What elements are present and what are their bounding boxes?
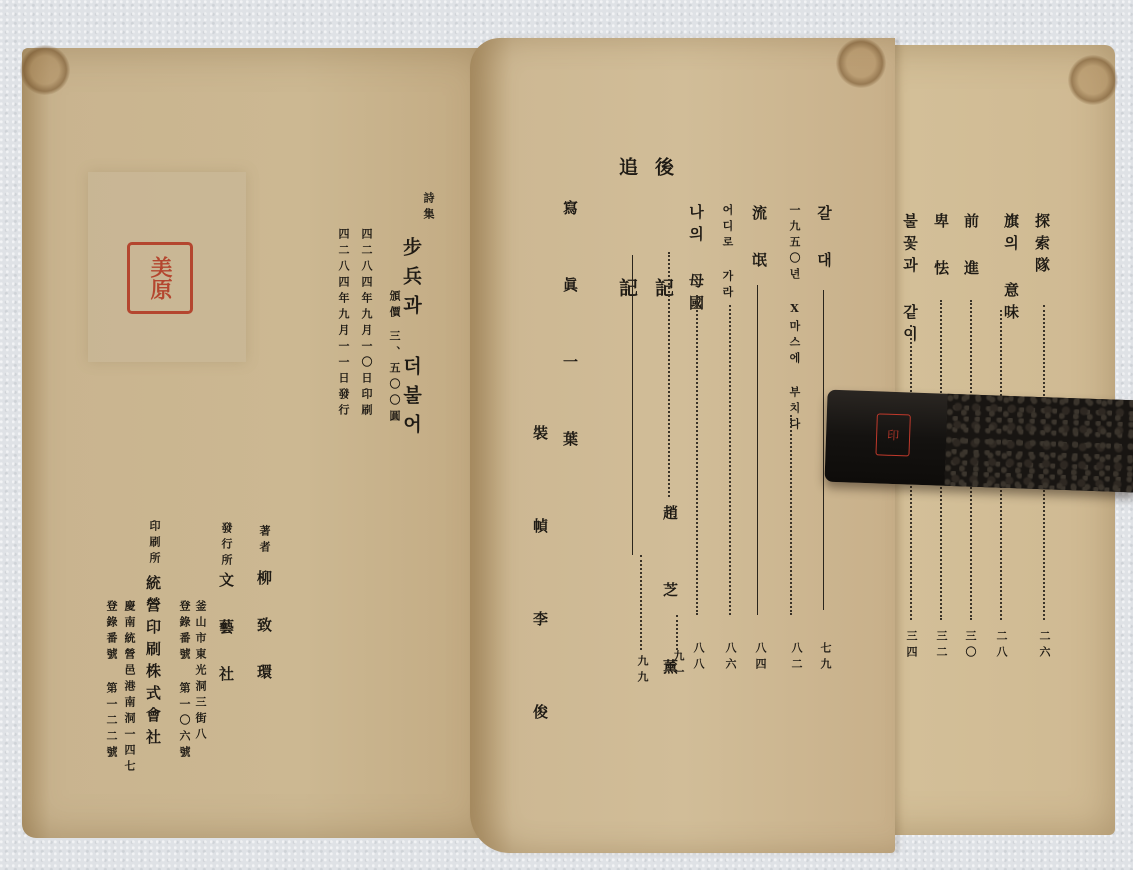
- toc-mid-page: 九九: [634, 655, 650, 687]
- author-name: 柳 致 環: [254, 570, 275, 686]
- left-page-colophon: [22, 48, 490, 838]
- toc-mid-title: 流 氓: [749, 205, 770, 274]
- toc-right-page: 二六: [1036, 630, 1052, 662]
- book-title: 步兵과 더불어: [398, 237, 425, 443]
- toc-mid-title: 갈 대: [814, 205, 835, 274]
- toc-right-title: 卑 怯: [931, 213, 952, 282]
- publisher-name: 文 藝 社: [216, 572, 237, 688]
- toc-right-page: 三〇: [962, 630, 978, 662]
- carved-handle: [944, 394, 1133, 493]
- toc-right-title: 前 進: [961, 213, 982, 282]
- toc-right-title: 旗의 意味: [1001, 213, 1022, 326]
- leader-dots: [790, 415, 792, 615]
- print-date: 四二八四年九月一〇日印刷: [358, 228, 374, 420]
- corner-stain: [20, 45, 70, 95]
- stamp-red-mark: 印: [875, 413, 910, 456]
- toc-right-page: 三四: [903, 630, 919, 662]
- leader-line: [632, 255, 633, 555]
- price-label: 頒價: [386, 290, 402, 322]
- printer-registration: 登錄番號 第一二二號: [103, 600, 119, 762]
- toc-mid-page: 九一: [670, 650, 686, 682]
- printer-label: 印刷所: [146, 520, 162, 568]
- leader-dots: [676, 615, 678, 650]
- corner-stain: [1068, 55, 1118, 105]
- leader-line: [757, 285, 758, 615]
- publisher-registration: 登錄番號 第一〇六號: [176, 600, 192, 762]
- author-label: 著者: [256, 525, 272, 557]
- publisher-address: 釜山市東光洞三街八: [192, 600, 208, 744]
- red-seal-stamp: 美原: [127, 242, 193, 314]
- toc-right-page: 二八: [993, 630, 1009, 662]
- toc-mid-page: 八二: [788, 642, 804, 674]
- toc-mid-title: 어디로 가라: [719, 204, 735, 302]
- leader-dots: [696, 295, 698, 615]
- price-value: 三、五〇〇圓: [386, 330, 402, 426]
- leader-dots: [729, 305, 731, 615]
- publish-date: 四二八四年九月一一日發行: [335, 228, 351, 420]
- toc-mid-page: 七九: [817, 642, 833, 674]
- corner-stain: [836, 38, 886, 88]
- toc-right-page: 三二: [933, 630, 949, 662]
- photo-credit: 寫 眞 一 葉: [560, 200, 581, 468]
- leader-dots: [640, 555, 642, 650]
- leader-dots: [668, 252, 670, 497]
- toc-mid-page: 八六: [722, 642, 738, 674]
- publisher-label: 發行所: [218, 522, 234, 570]
- toc-mid-title: 一九五〇년 X마스에 부치다: [786, 204, 802, 434]
- seal-stamp-tool: 印: [824, 390, 1133, 493]
- binding-credit: 裝 幀 李 俊: [530, 425, 551, 749]
- toc-mid-title-postscript: 追 記: [614, 157, 641, 337]
- printer-name: 統營印刷株式會社: [143, 575, 164, 751]
- toc-mid-title-afterword: 後 記: [650, 157, 677, 337]
- toc-right-title: 探索隊: [1032, 213, 1053, 279]
- leader-line: [823, 290, 824, 610]
- toc-mid-page: 八八: [690, 642, 706, 674]
- toc-mid-page: 八四: [752, 642, 768, 674]
- printer-address: 慶南統營邑港南洞一四七: [121, 600, 137, 776]
- genre-label: 詩集: [420, 192, 436, 224]
